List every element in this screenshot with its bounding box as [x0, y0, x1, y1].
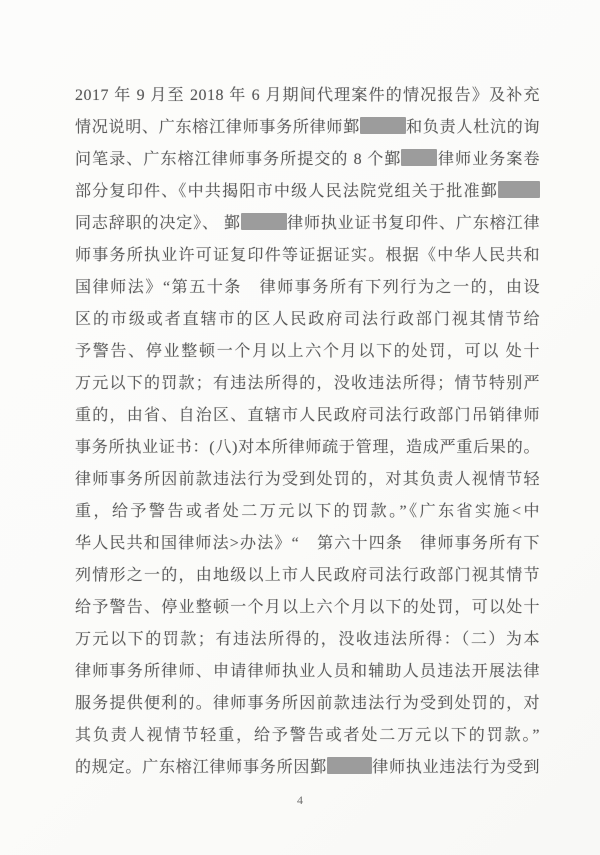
- text-segment: 给予警告、停业整顿一个月以上六个月以下的处罚，可以处十: [75, 599, 540, 616]
- text-segment: 华人民共和国律师法>办法》“ 第六十四条 律师事务所有下: [75, 535, 540, 552]
- text-line: 给予警告、停业整顿一个月以上六个月以下的处罚，可以处十: [75, 592, 540, 624]
- text-segment: 2017 年 9 月至 2018 年 6 月期间代理案件的情况报告》及补充: [75, 87, 540, 104]
- text-line: 国律师法》“第五十条 律师事务所有下列行为之一的，由设: [75, 272, 540, 304]
- text-segment: 万元以下的罚款；有违法所得的，没收违法所得：（二）为本: [75, 631, 540, 648]
- text-segment: 师事务所执业许可证复印件等证据证实。根据《中华人民共和: [75, 247, 540, 264]
- text-segment: 予警告、停业整顿一个月以上六个月以下的处罚，可以 处十: [75, 343, 540, 360]
- document-page: 2017 年 9 月至 2018 年 6 月期间代理案件的情况报告》及补充情况说…: [0, 0, 600, 855]
- text-line: 列情形之一的，由地级以上市人民政府司法行政部门视其情节: [75, 560, 540, 592]
- text-segment: 的规定。广东榕江律师事务所因鄞: [75, 759, 327, 776]
- text-segment: 重的，由省、自治区、直辖市人民政府司法行政部门吊销律师: [75, 407, 540, 424]
- redaction-box: [241, 213, 287, 230]
- document-text: 2017 年 9 月至 2018 年 6 月期间代理案件的情况报告》及补充情况说…: [75, 80, 540, 784]
- redaction-box: [498, 181, 540, 198]
- text-line: 服务提供便利的。律师事务所因前款违法行为受到处罚的，对: [75, 688, 540, 720]
- text-line: 2017 年 9 月至 2018 年 6 月期间代理案件的情况报告》及补充: [75, 80, 540, 112]
- text-segment: 律师事务所律师、申请律师执业人员和辅助人员违法开展法律: [75, 663, 540, 680]
- text-line: 问笔录、广东榕江律师事务所提交的 8 个鄞律师业务案卷: [75, 144, 540, 176]
- text-line: 其负责人视情节轻重，给予警告或者处二万元以下的罚款。”: [75, 720, 540, 752]
- text-segment: 重，给予警告或者处二万元以下的罚款。”《广东省实施<中: [75, 503, 540, 520]
- text-line: 师事务所执业许可证复印件等证据证实。根据《中华人民共和: [75, 240, 540, 272]
- text-line: 的规定。广东榕江律师事务所因鄞律师执业违法行为受到: [75, 752, 540, 784]
- text-line: 情况说明、广东榕江律师事务所律师鄞和负责人杜沆的询: [75, 112, 540, 144]
- text-segment: 情况说明、广东榕江律师事务所律师鄞: [75, 119, 360, 136]
- text-segment: 服务提供便利的。律师事务所因前款违法行为受到处罚的，对: [75, 695, 540, 712]
- text-segment: 事务所执业证书：(八)对本所律师疏于管理，造成严重后果的。: [75, 439, 540, 456]
- text-line: 同志辞职的决定》、 鄞律师执业证书复印件、广东榕江律: [75, 208, 540, 240]
- text-line: 万元以下的罚款；有违法所得的，没收违法所得；情节特别严: [75, 368, 540, 400]
- text-line: 律师事务所因前款违法行为受到处罚的，对其负责人视情节轻: [75, 464, 540, 496]
- text-segment: 和负责人杜沆的询: [406, 119, 540, 136]
- text-segment: 律师执业证书复印件、广东榕江律: [287, 215, 540, 232]
- text-segment: 律师业务案卷: [437, 151, 540, 168]
- text-segment: 部分复印件、《中共揭阳市中级人民法院党组关于批准鄞: [75, 183, 498, 200]
- text-segment: 律师事务所因前款违法行为受到处罚的，对其负责人视情节轻: [75, 471, 540, 488]
- redaction-box: [401, 149, 437, 166]
- page-number: 4: [0, 793, 600, 808]
- text-line: 重的，由省、自治区、直辖市人民政府司法行政部门吊销律师: [75, 400, 540, 432]
- text-segment: 同志辞职的决定》、 鄞: [75, 215, 241, 232]
- text-segment: 其负责人视情节轻重，给予警告或者处二万元以下的罚款。”: [75, 727, 540, 744]
- text-line: 区的市级或者直辖市的区人民政府司法行政部门视其情节给: [75, 304, 540, 336]
- text-line: 华人民共和国律师法>办法》“ 第六十四条 律师事务所有下: [75, 528, 540, 560]
- text-line: 万元以下的罚款；有违法所得的，没收违法所得：（二）为本: [75, 624, 540, 656]
- text-line: 予警告、停业整顿一个月以上六个月以下的处罚，可以 处十: [75, 336, 540, 368]
- text-segment: 区的市级或者直辖市的区人民政府司法行政部门视其情节给: [75, 311, 540, 328]
- text-line: 律师事务所律师、申请律师执业人员和辅助人员违法开展法律: [75, 656, 540, 688]
- text-segment: 律师执业违法行为受到: [372, 759, 540, 776]
- text-line: 部分复印件、《中共揭阳市中级人民法院党组关于批准鄞: [75, 176, 540, 208]
- redaction-box: [360, 117, 406, 134]
- text-segment: 万元以下的罚款；有违法所得的，没收违法所得；情节特别严: [75, 375, 540, 392]
- text-line: 重，给予警告或者处二万元以下的罚款。”《广东省实施<中: [75, 496, 540, 528]
- text-segment: 国律师法》“第五十条 律师事务所有下列行为之一的，由设: [75, 279, 540, 296]
- text-segment: 列情形之一的，由地级以上市人民政府司法行政部门视其情节: [75, 567, 540, 584]
- redaction-box: [327, 757, 372, 774]
- text-segment: 问笔录、广东榕江律师事务所提交的 8 个鄞: [75, 151, 401, 168]
- text-line: 事务所执业证书：(八)对本所律师疏于管理，造成严重后果的。: [75, 432, 540, 464]
